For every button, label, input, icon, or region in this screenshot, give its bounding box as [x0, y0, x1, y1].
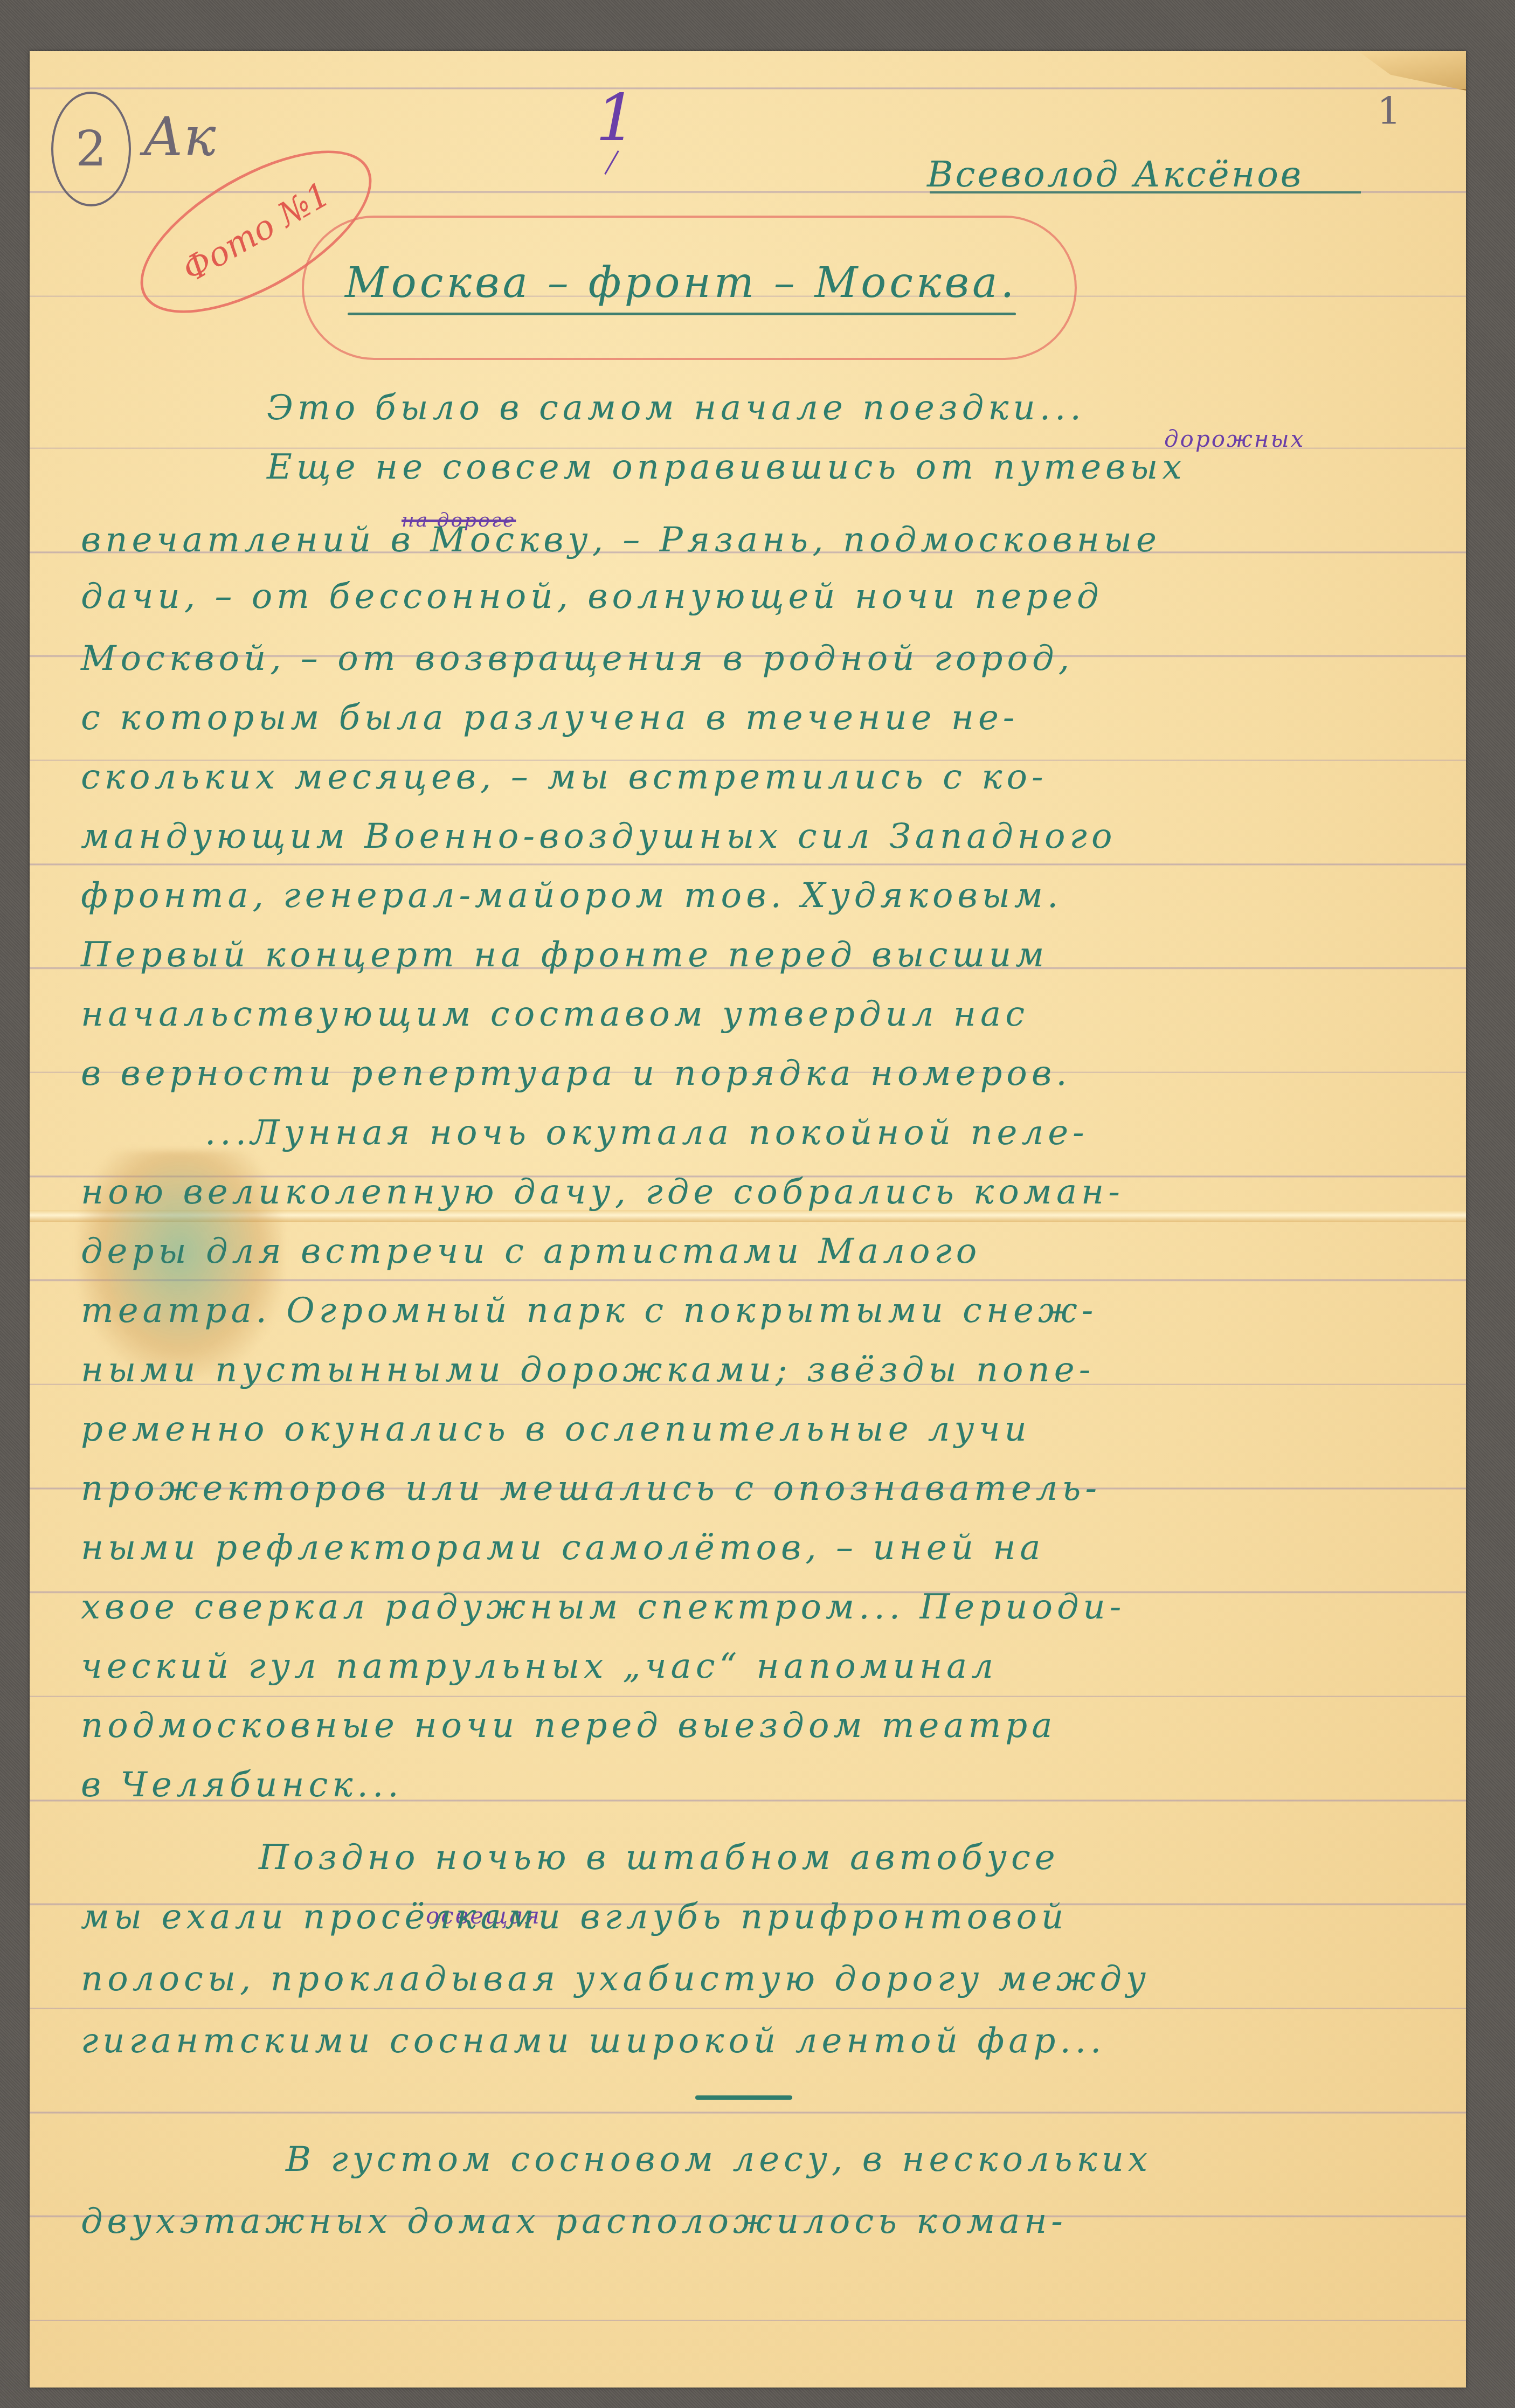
text-line: ...Лунная ночь окутала покойной пеле-: [205, 1116, 1488, 1150]
text-line: Это было в самом начале поездки...: [267, 391, 1515, 425]
pencil-initials: Ак: [143, 105, 216, 168]
text-line: ческий гул патрульных „час“ напоминал: [81, 1649, 1364, 1684]
text-line: полосы, прокладывая ухабистую дорогу меж…: [81, 1962, 1364, 1996]
text-line: мы ехали просёлками вглубь прифронтовой: [81, 1900, 1364, 1934]
text-line: ными пустынными дорожками; звёзды попе-: [81, 1353, 1364, 1387]
text-line: В густом сосновом лесу, в нескольких: [286, 2142, 1515, 2177]
text-line: театра. Огромный парк с покрытыми снеж-: [81, 1293, 1364, 1328]
text-line: Еще не совсем оправившись от путевых: [267, 450, 1515, 485]
text-line: фронта, генерал-майором тов. Худяковым.: [81, 878, 1364, 913]
text-line: дачи, – от бессонной, волнующей ночи пер…: [81, 579, 1364, 614]
text-line: с которым была разлучена в течение не-: [81, 701, 1364, 735]
text-line: хвое сверкал радужным спектром... Период…: [81, 1590, 1364, 1624]
text-line: Москвой, – от возвращения в родной город…: [81, 641, 1364, 676]
text-line: начальствующим составом утвердил нас: [81, 997, 1364, 1032]
author-name: Всеволод Аксёнов: [927, 154, 1303, 195]
text-line: ною великолепную дачу, где собрались ком…: [81, 1175, 1364, 1209]
page-number-pencil: 1: [1377, 89, 1401, 133]
title-underline: [348, 313, 1016, 315]
section-separator: [695, 2095, 792, 2100]
text-line: скольких месяцев, – мы встретились с ко-: [81, 760, 1364, 794]
text-line: подмосковные ночи перед выездом театра: [81, 1708, 1364, 1743]
text-line: ременно окунались в ослепительные лучи: [81, 1412, 1364, 1447]
circled-page-number: 2: [51, 92, 131, 206]
text-line: прожекторов или мешались с опознаватель-: [81, 1471, 1364, 1506]
text-line: двухэтажных домах расположилось коман-: [81, 2204, 1364, 2239]
text-line: ными рефлекторами самолётов, – иней на: [81, 1531, 1364, 1565]
text-line: гигантскими соснами широкой лентой фар..…: [81, 2024, 1364, 2058]
text-line: впечатлений в Москву, – Рязань, подмоско…: [81, 523, 1364, 557]
page-number-purple: 1: [596, 81, 637, 156]
text-line: в верности репертуара и порядка номеров.: [81, 1056, 1364, 1091]
text-line: в Челябинск...: [81, 1768, 1364, 1802]
text-line: деры для встречи с артистами Малого: [81, 1234, 1364, 1269]
text-line: Первый концерт на фронте перед высшим: [81, 938, 1364, 972]
document-title: Москва – фронт – Москва.: [345, 259, 1017, 307]
author-underline: [930, 191, 1361, 193]
text-line: Поздно ночью в штабном автобусе: [259, 1840, 1515, 1875]
text-line: мандующим Военно-воздушных сил Западного: [81, 819, 1364, 854]
